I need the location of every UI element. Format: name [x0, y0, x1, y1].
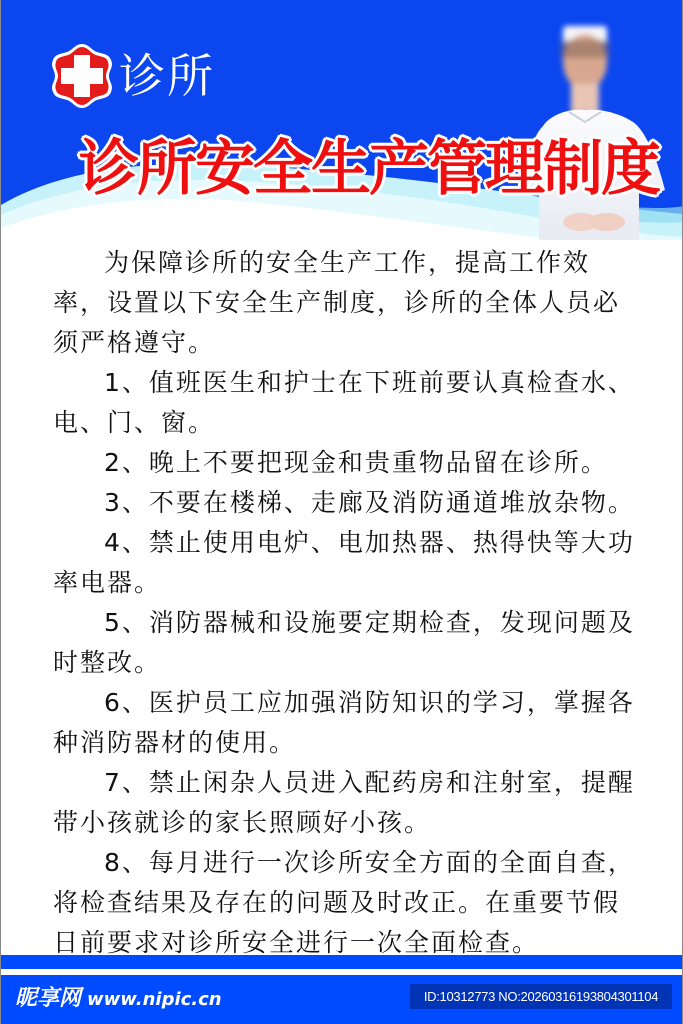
- header-banner: 诊所 诊所安全生产管理制度: [1, 0, 683, 240]
- rule-item: 1、值班医生和护士在下班前要认真检查水、电、门、窗。: [53, 363, 643, 443]
- rule-item: 6、医护员工应加强消防知识的学习，掌握各种消防器材的使用。: [53, 683, 643, 763]
- clinic-name: 诊所: [119, 48, 215, 104]
- rule-item: 4、禁止使用电炉、电加热器、热得快等大功率电器。: [53, 523, 643, 603]
- rule-item: 8、每月进行一次诊所安全方面的全面自查，将检查结果及存在的问题及时改正。在重要节…: [53, 843, 643, 963]
- image-id-badge: ID:10312773 NO:20260316193804301104: [410, 984, 672, 1009]
- regulations-body: 为保障诊所的安全生产工作，提高工作效率，设置以下安全生产制度，诊所的全体人员必须…: [53, 243, 643, 963]
- page-title: 诊所安全生产管理制度: [79, 132, 659, 206]
- rule-item: 5、消防器械和设施要定期检查，发现问题及时整改。: [53, 603, 643, 683]
- rule-item: 2、晚上不要把现金和贵重物品留在诊所。: [53, 443, 643, 483]
- poster: 诊所 诊所安全生产管理制度 为保障诊所的安全生产工作，提高工作效: [0, 0, 683, 1024]
- footer-divider-band: [1, 955, 683, 969]
- intro-paragraph: 为保障诊所的安全生产工作，提高工作效率，设置以下安全生产制度，诊所的全体人员必须…: [53, 243, 643, 363]
- nurse-figure: [521, 18, 683, 240]
- red-cross-icon: [47, 42, 117, 110]
- site-url[interactable]: www.nipic.cn: [87, 989, 222, 1010]
- brand-name: 昵享网: [15, 986, 81, 1011]
- site-brand: 昵享网www.nipic.cn: [15, 985, 222, 1014]
- rule-item: 3、不要在楼梯、走廊及消防通道堆放杂物。: [53, 483, 643, 523]
- rule-item: 7、禁止闲杂人员进入配药房和注射室，提醒带小孩就诊的家长照顾好小孩。: [53, 763, 643, 843]
- watermark-footer: 昵享网www.nipic.cn ID:10312773 NO:202603161…: [1, 975, 683, 1024]
